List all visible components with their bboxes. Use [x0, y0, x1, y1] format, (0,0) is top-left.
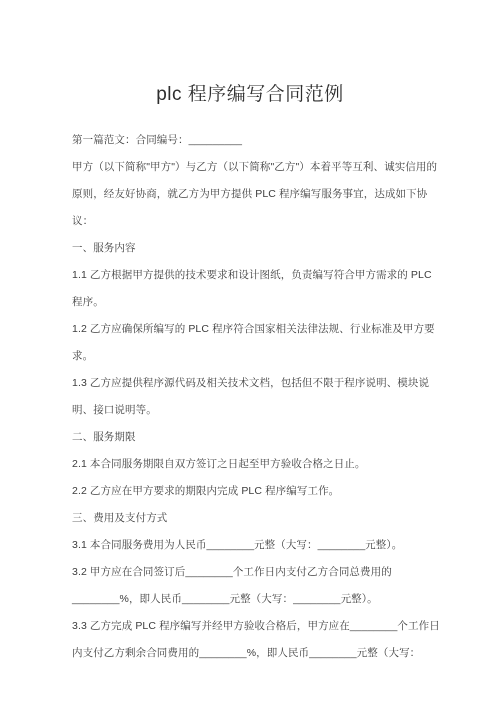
document-page: plc 程序编写合同范例 第一篇范文：合同编号：_________甲方（以下简称…	[0, 0, 500, 707]
document-line: 3.3 乙方完成 PLC 程序编写并经甲方验收合格后，甲方应在________个…	[72, 613, 428, 640]
document-line: 2.1 本合同服务期限自双方签订之日起至甲方验收合格之日止。	[72, 451, 428, 478]
document-line: 第一篇范文：合同编号：_________	[72, 127, 428, 154]
document-line: 2.2 乙方应在甲方要求的期限内完成 PLC 程序编写工作。	[72, 478, 428, 505]
document-title: plc 程序编写合同范例	[0, 0, 500, 106]
document-line: 1.2 乙方应确保所编写的 PLC 程序符合国家相关法律法规、行业标准及甲方要	[72, 316, 428, 343]
document-line: 一、服务内容	[72, 235, 428, 262]
document-line: 求。	[72, 343, 428, 370]
document-line: 1.3 乙方应提供程序源代码及相关技术文档，包括但不限于程序说明、模块说	[72, 370, 428, 397]
document-line: 原则，经友好协商，就乙方为甲方提供 PLC 程序编写服务事宜，达成如下协	[72, 181, 428, 208]
document-line: 三、费用及支付方式	[72, 505, 428, 532]
document-line: 议：	[72, 208, 428, 235]
document-line: 二、服务期限	[72, 424, 428, 451]
document-line: 1.1 乙方根据甲方提供的技术要求和设计图纸，负责编写符合甲方需求的 PLC	[72, 262, 428, 289]
document-line: 内支付乙方剩余合同费用的________%，即人民币________元整（大写：	[72, 640, 428, 667]
document-line: 3.2 甲方应在合同签订后________个工作日内支付乙方合同总费用的	[72, 559, 428, 586]
document-line: 3.1 本合同服务费用为人民币________元整（大写：________元整）…	[72, 532, 428, 559]
document-line: 程序。	[72, 289, 428, 316]
document-line: ________%，即人民币________元整（大写：________元整）。	[72, 586, 428, 613]
document-body: 第一篇范文：合同编号：_________甲方（以下简称"甲方"）与乙方（以下简称…	[0, 127, 500, 667]
document-line: 甲方（以下简称"甲方"）与乙方（以下简称"乙方"）本着平等互利、诚实信用的	[72, 154, 428, 181]
document-line: 明、接口说明等。	[72, 397, 428, 424]
